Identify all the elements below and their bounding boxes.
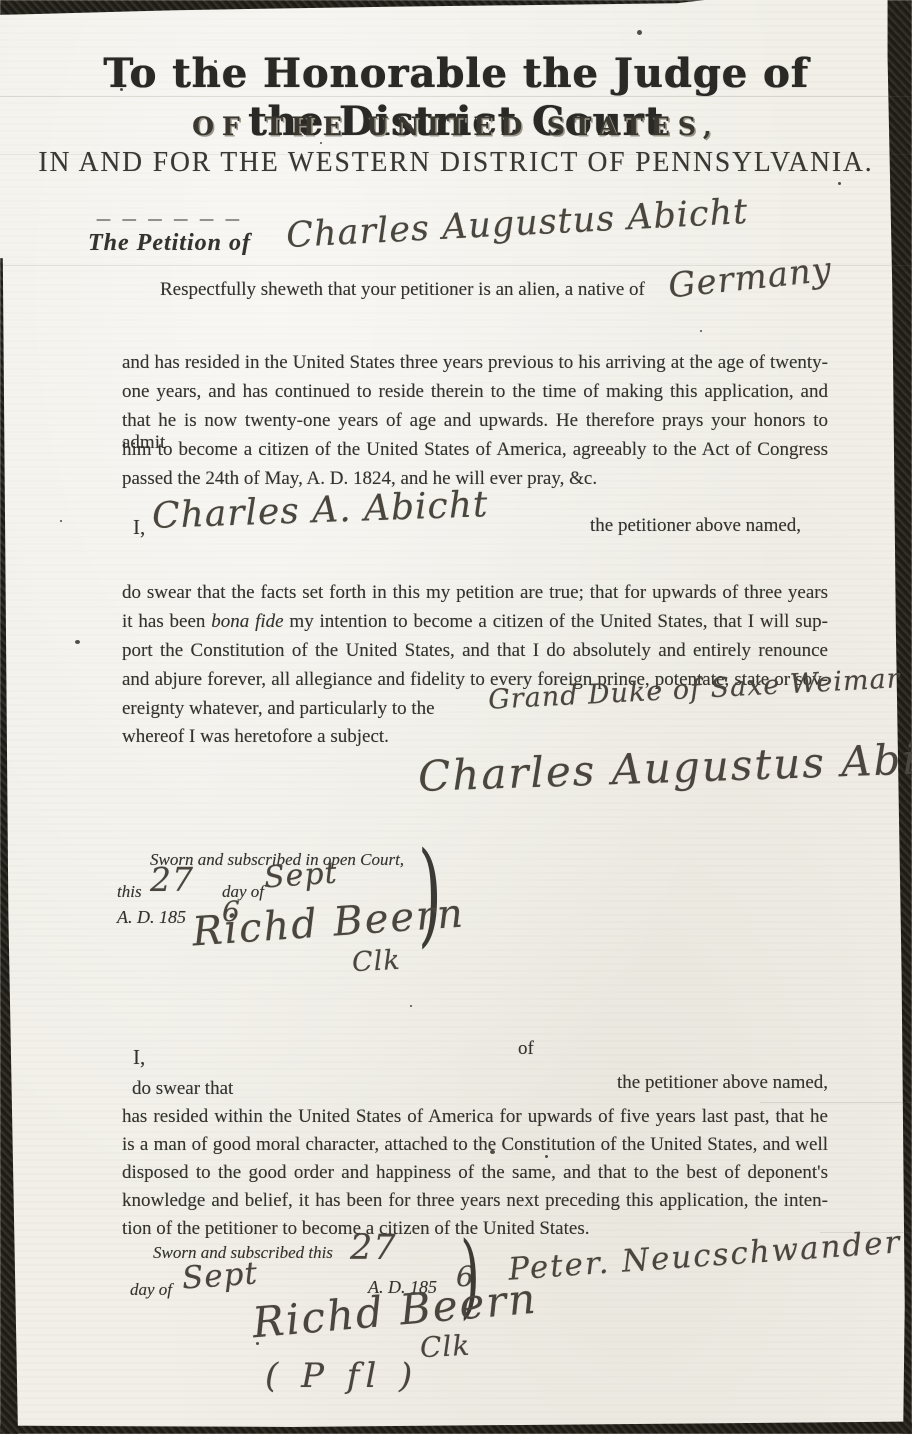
jurat2-day-of-label: day of <box>130 1280 172 1300</box>
document-subtitle-district-line: IN AND FOR THE WESTERN DISTRICT OF PENNS… <box>23 146 889 179</box>
witness-of-label: of <box>518 1038 534 1060</box>
jurat1-clerk-title-handwritten: Clk <box>351 945 401 979</box>
petition-body-line: passed the 24th of May, A. D. 1824, and … <box>122 468 597 490</box>
oath-body-line: it has been bona fide my intention to be… <box>122 611 828 633</box>
scan-speck <box>60 520 62 522</box>
witness-body-line: disposed to the good order and happiness… <box>122 1162 828 1184</box>
jurat1-day-handwritten: 27 <box>150 860 194 899</box>
scan-edge-bottom <box>0 1418 912 1434</box>
oath-closing-line: whereof I was heretofore a subject. <box>122 726 389 748</box>
petition-body-line: one years, and has continued to reside t… <box>122 381 828 403</box>
jurat2-day-handwritten: 27 <box>350 1228 397 1268</box>
jurat2-clerk-title-handwritten: Clk <box>419 1329 471 1365</box>
scanned-petition-document: To the Honorable the Judge of the Distri… <box>0 0 912 1434</box>
scan-speck <box>75 640 80 644</box>
oath-line2-pre: it has been <box>122 611 211 632</box>
jurat1-year-label: A. D. 185 <box>117 907 186 928</box>
petition-body-line: and has resided in the United States thr… <box>122 352 828 374</box>
oath-body-line: port the Constitution of the United Stat… <box>122 640 828 662</box>
sheweth-line: Respectfully sheweth that your petitione… <box>160 279 645 301</box>
scan-fold-line <box>760 1102 912 1103</box>
petitioner-name-handwritten: Charles Augustus Abicht <box>285 192 749 256</box>
scan-edge-left <box>0 258 20 1434</box>
witness-body-line: has resided within the United States of … <box>122 1106 828 1128</box>
oath-bona-fide: bona fide <box>211 611 283 632</box>
scan-speck <box>637 30 642 35</box>
scan-speck <box>838 182 841 185</box>
petition-body-line: him to become a citizen of the United St… <box>122 439 828 461</box>
native-country-handwritten: Germany <box>666 250 833 307</box>
document-subtitle-united-states: OF THE UNITED STATES, <box>0 112 912 141</box>
scan-edge-top <box>0 0 705 15</box>
jurat2-note-handwritten: ( P fl ) <box>265 1356 418 1396</box>
oath-line2-post: my intention to become a citizen of the … <box>284 611 828 632</box>
pen-dashes: — — — — — — <box>96 210 243 228</box>
witness-i-label: I, <box>133 1045 145 1070</box>
petitioner-signature-handwritten: Charles Augustus Abicht <box>417 732 912 801</box>
witness-body-line: knowledge and belief, it has been for th… <box>122 1190 828 1212</box>
oath-i-label: I, <box>133 515 145 540</box>
witness-do-swear-label: do swear that <box>132 1078 233 1100</box>
scan-speck <box>700 330 702 332</box>
petition-of-label: The Petition of <box>88 230 251 257</box>
oath-body-line: do swear that the facts set forth in thi… <box>122 582 828 604</box>
scan-edge-right <box>886 0 912 1434</box>
scan-speck <box>410 1005 412 1007</box>
jurat1-this-label: this <box>117 882 142 902</box>
jurat1-month-handwritten: Sept <box>263 855 339 895</box>
witness-body-line: is a man of good moral character, attach… <box>122 1134 828 1156</box>
oath-name-handwritten: Charles A. Abicht <box>151 484 489 537</box>
oath-body-line: ereignty whatever, and particularly to t… <box>122 698 435 720</box>
oath-petitioner-named: the petitioner above named, <box>590 515 801 537</box>
witness-petitioner-named: the petitioner above named, <box>617 1072 828 1094</box>
jurat2-month-handwritten: Sept <box>181 1255 259 1296</box>
